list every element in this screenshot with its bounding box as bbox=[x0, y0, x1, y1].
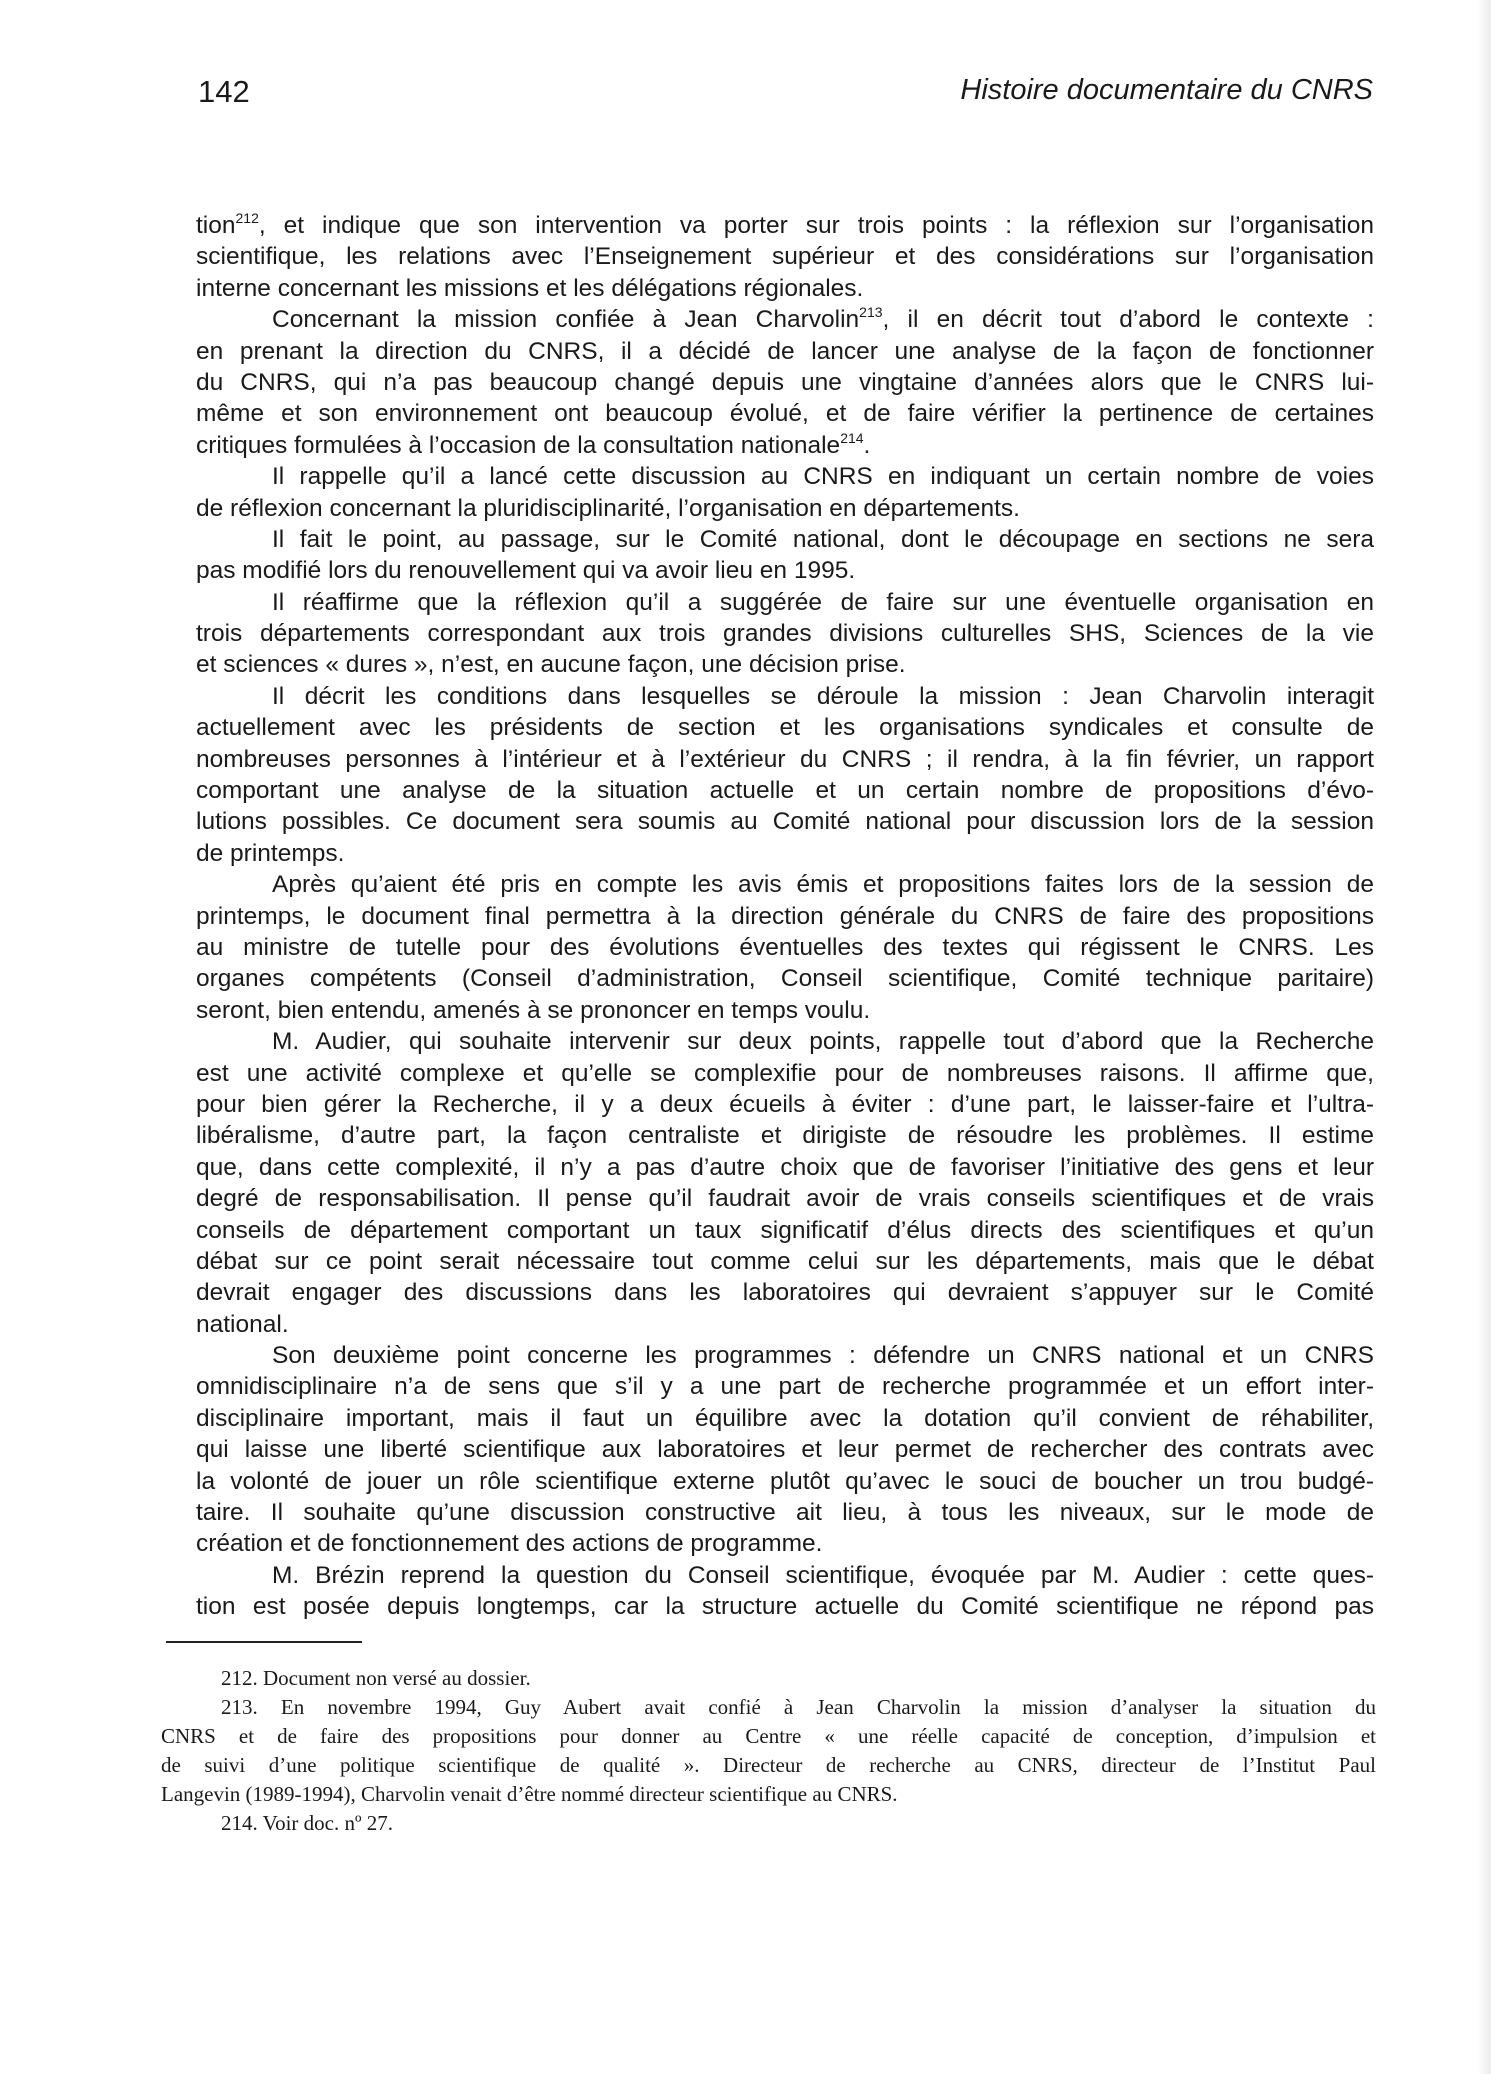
body-line: seront, bien entendu, amenés à se pronon… bbox=[196, 995, 1374, 1026]
body-line: Il réaffirme que la réflexion qu’il a su… bbox=[196, 587, 1374, 618]
body-line: et sciences « dures », n’est, en aucune … bbox=[196, 649, 1374, 680]
body-line: conseils de département comportant un ta… bbox=[196, 1215, 1374, 1246]
body-line: libéralisme, d’autre part, la façon cent… bbox=[196, 1120, 1374, 1151]
body-line: devrait engager des discussions dans les… bbox=[196, 1277, 1374, 1308]
body-line: Il rappelle qu’il a lancé cette discussi… bbox=[196, 461, 1374, 492]
body-line: comportant une analyse de la situation a… bbox=[196, 775, 1374, 806]
footnote-213-line: Langevin (1989-1994), Charvolin venait d… bbox=[161, 1780, 1376, 1809]
footnote-214: 214. Voir doc. nº 27. bbox=[161, 1809, 1376, 1838]
body-line: tion212, et indique que son intervention… bbox=[196, 210, 1374, 241]
body-line: Après qu’aient été pris en compte les av… bbox=[196, 869, 1374, 900]
footnote-divider bbox=[166, 1641, 362, 1643]
body-line: taire. Il souhaite qu’une discussion con… bbox=[196, 1497, 1374, 1528]
body-line: scientifique, les relations avec l’Ensei… bbox=[196, 241, 1374, 272]
footnote-212: 212. Document non versé au dossier. bbox=[161, 1664, 1376, 1693]
footnote-213: 213. En novembre 1994, Guy Aubert avait … bbox=[161, 1693, 1376, 1722]
body-line: trois départements correspondant aux tro… bbox=[196, 618, 1374, 649]
body-line: au ministre de tutelle pour des évolutio… bbox=[196, 932, 1374, 963]
body-line: M. Brézin reprend la question du Conseil… bbox=[196, 1560, 1374, 1591]
footnote-number: 213. bbox=[221, 1695, 258, 1719]
page-edge-shadow bbox=[1477, 0, 1491, 2074]
body-line: national. bbox=[196, 1309, 1374, 1340]
body-line: en prenant la direction du CNRS, il a dé… bbox=[196, 336, 1374, 367]
footnote-ref[interactable]: 214 bbox=[840, 430, 863, 446]
body-line: critiques formulées à l’occasion de la c… bbox=[196, 430, 1374, 461]
body-line: disciplinaire important, mais il faut un… bbox=[196, 1403, 1374, 1434]
body-line: du CNRS, qui n’a pas beaucoup changé dep… bbox=[196, 367, 1374, 398]
footnote-213-line: CNRS et de faire des propositions pour d… bbox=[161, 1722, 1376, 1751]
body-line: est une activité complexe et qu’elle se … bbox=[196, 1058, 1374, 1089]
body-line: nombreuses personnes à l’intérieur et à … bbox=[196, 744, 1374, 775]
body-line: organes compétents (Conseil d’administra… bbox=[196, 963, 1374, 994]
body-line: que, dans cette complexité, il n’y a pas… bbox=[196, 1152, 1374, 1183]
body-line: Concernant la mission confiée à Jean Cha… bbox=[196, 304, 1374, 335]
body-line: pour bien gérer la Recherche, il y a deu… bbox=[196, 1089, 1374, 1120]
body-line: qui laisse une liberté scientifique aux … bbox=[196, 1434, 1374, 1465]
footnote-ref[interactable]: 213 bbox=[859, 304, 882, 320]
body-line: de réflexion concernant la pluridiscipli… bbox=[196, 493, 1374, 524]
body-line: création et de fonctionnement des action… bbox=[196, 1528, 1374, 1559]
running-title: Histoire documentaire du CNRS bbox=[960, 74, 1373, 107]
page-number: 142 bbox=[198, 74, 250, 110]
body-line: tion est posée depuis longtemps, car la … bbox=[196, 1591, 1374, 1622]
footnote-number: 212. bbox=[221, 1666, 258, 1690]
body-line: degré de responsabilisation. Il pense qu… bbox=[196, 1183, 1374, 1214]
body-line: Son deuxième point concerne les programm… bbox=[196, 1340, 1374, 1371]
body-line: débat sur ce point serait nécessaire tou… bbox=[196, 1246, 1374, 1277]
body-line: de printemps. bbox=[196, 838, 1374, 869]
body-line: interne concernant les missions et les d… bbox=[196, 273, 1374, 304]
body-line: omnidisciplinaire n’a de sens que s’il y… bbox=[196, 1371, 1374, 1402]
body-line: actuellement avec les présidents de sect… bbox=[196, 712, 1374, 743]
footnote-213-line: de suivi d’une politique scientifique de… bbox=[161, 1751, 1376, 1780]
body-line: Il fait le point, au passage, sur le Com… bbox=[196, 524, 1374, 555]
footnote-number: 214. bbox=[221, 1811, 258, 1835]
footnotes: 212. Document non versé au dossier. 213.… bbox=[161, 1664, 1376, 1838]
footnote-ref[interactable]: 212 bbox=[236, 210, 259, 226]
body-text: tion212, et indique que son intervention… bbox=[196, 210, 1374, 1623]
body-line: Il décrit les conditions dans lesquelles… bbox=[196, 681, 1374, 712]
body-line: même et son environnement ont beaucoup é… bbox=[196, 398, 1374, 429]
body-line: printemps, le document final permettra à… bbox=[196, 901, 1374, 932]
body-line: lutions possibles. Ce document sera soum… bbox=[196, 806, 1374, 837]
body-line: la volonté de jouer un rôle scientifique… bbox=[196, 1466, 1374, 1497]
body-line: M. Audier, qui souhaite intervenir sur d… bbox=[196, 1026, 1374, 1057]
body-line: pas modifié lors du renouvellement qui v… bbox=[196, 555, 1374, 586]
